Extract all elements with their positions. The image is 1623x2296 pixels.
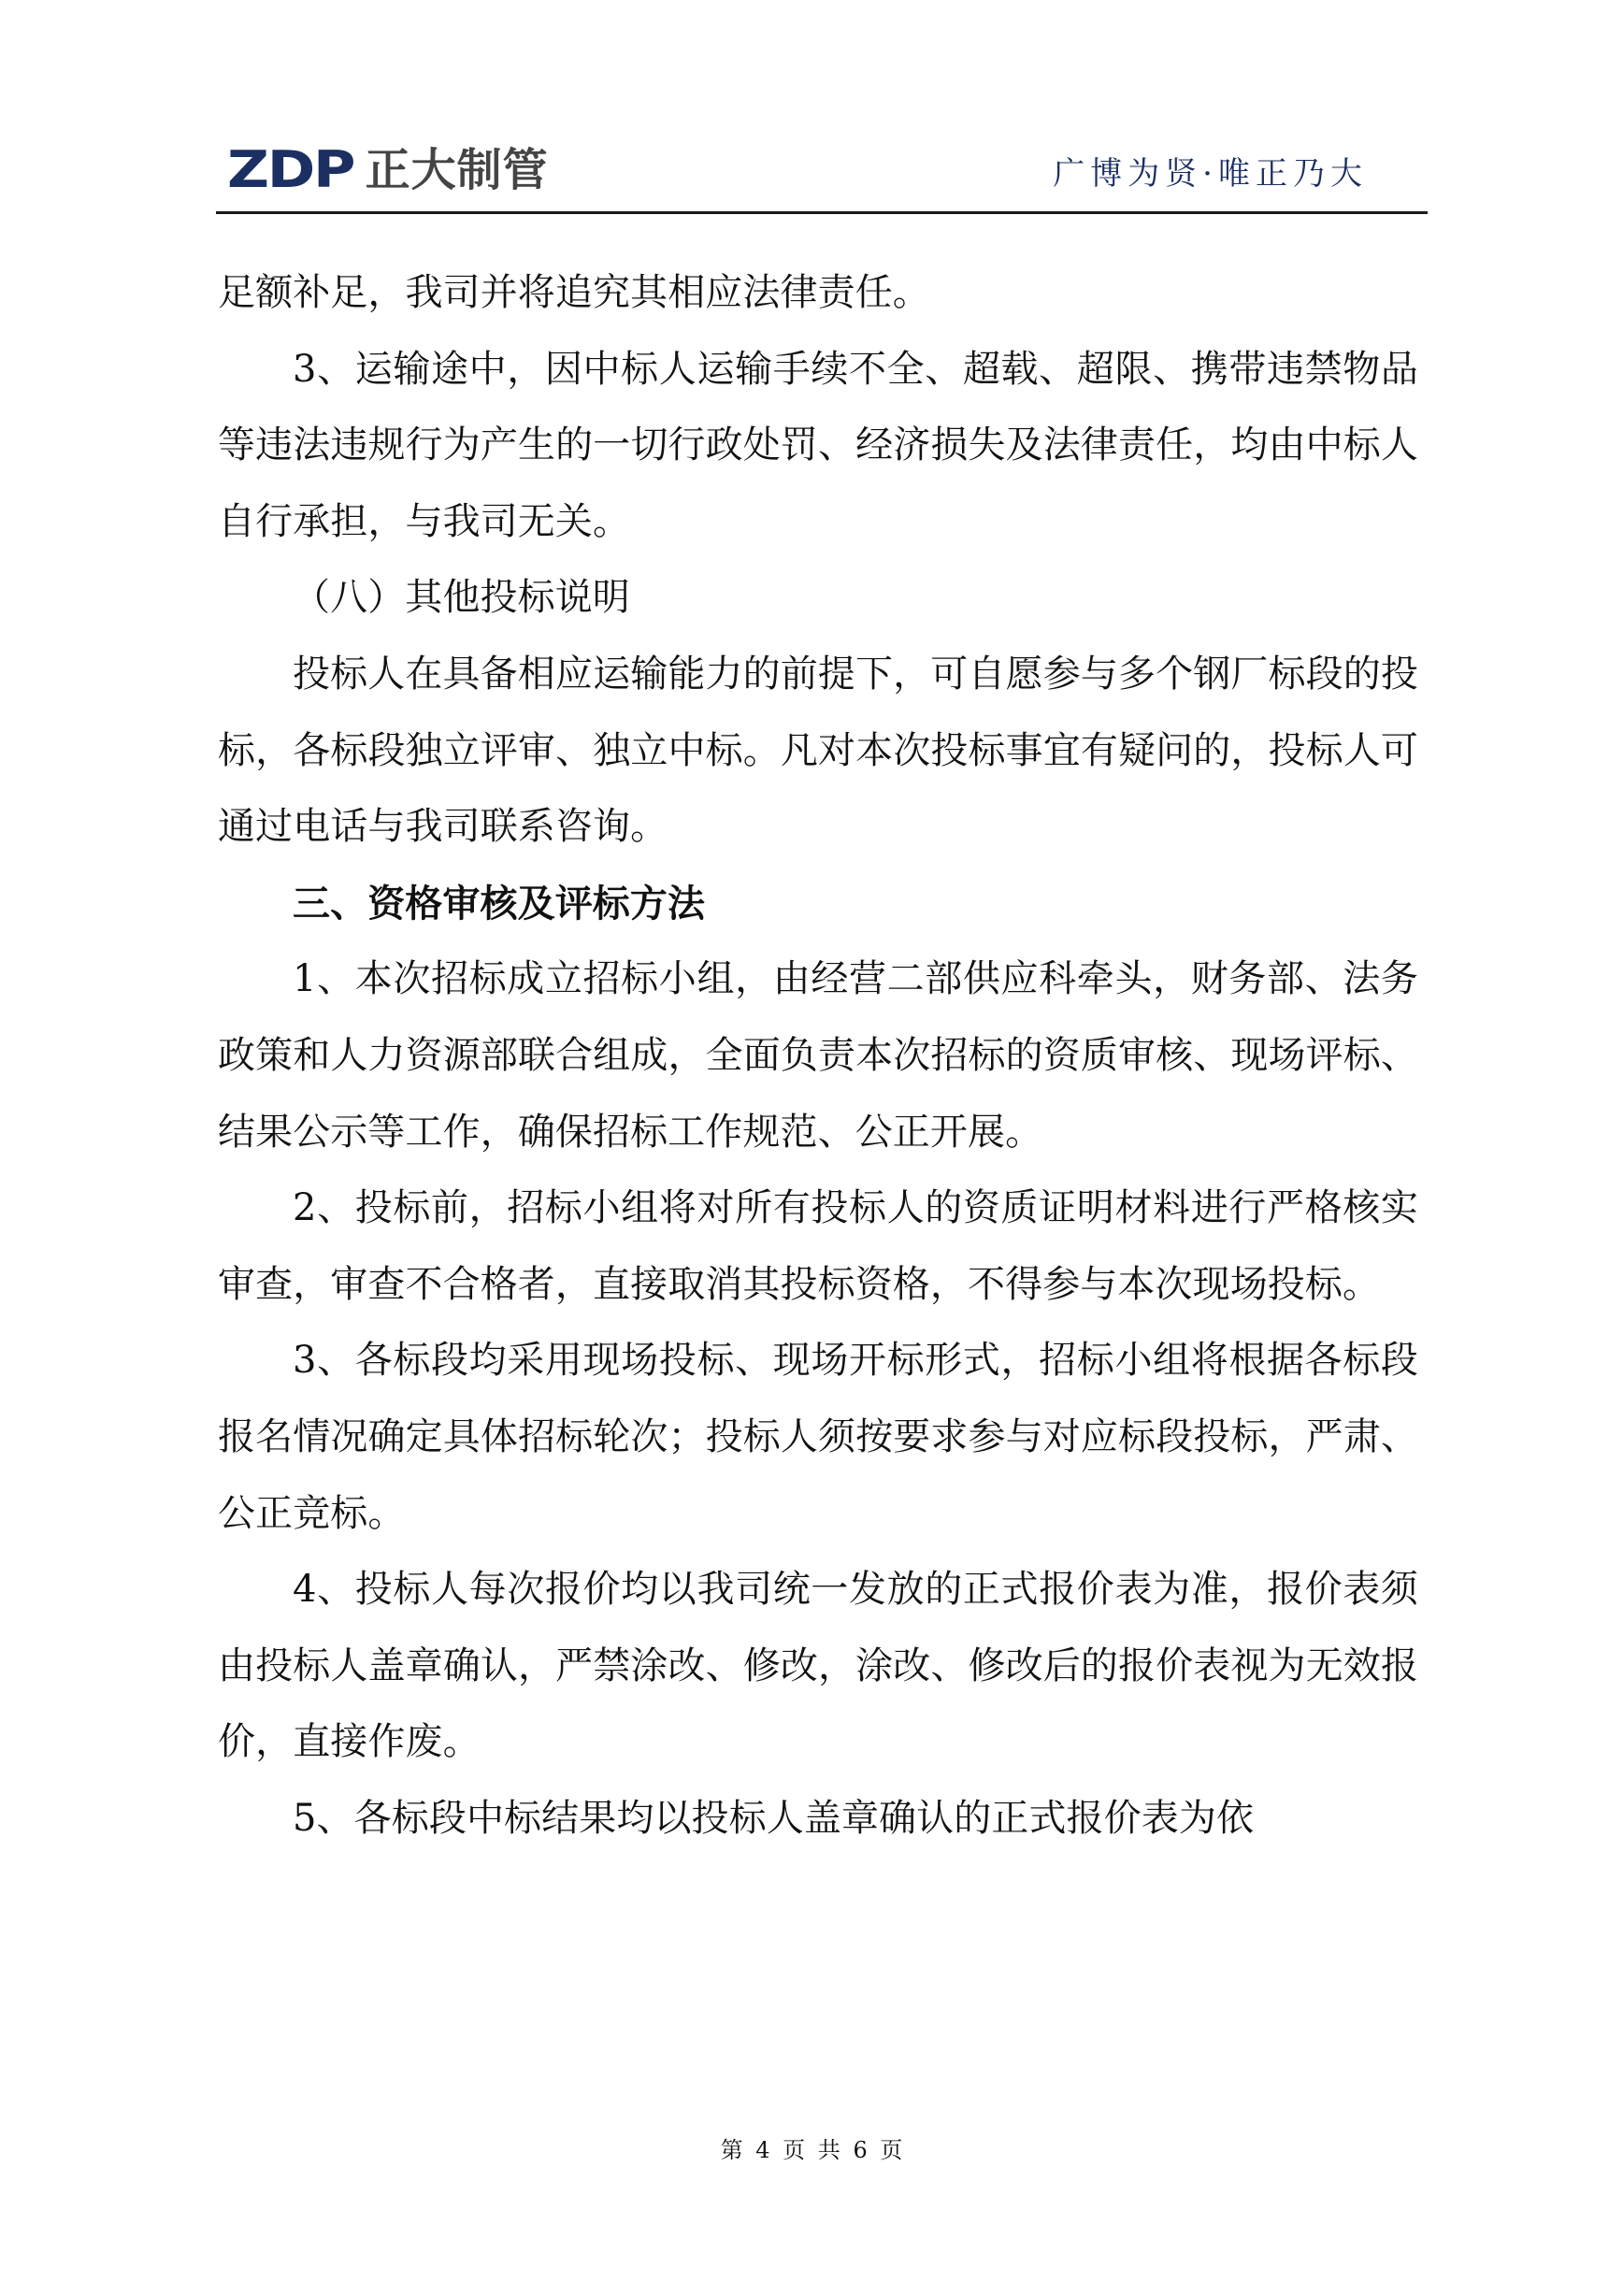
paragraph-item-3-onsite: 3、各标段均采用现场投标、现场开标形式，招标小组将根据各标段报名情况确定具体招标… [218,1323,1418,1552]
page-number-footer: 第 4 页 共 6 页 [0,2131,1623,2164]
company-name: 正大制管 [366,144,549,196]
page-header: ZDP 正大制管 广博为贤·唯正乃大 [216,138,1428,215]
company-slogan: 广博为贤·唯正乃大 [1053,155,1368,193]
paragraph-item-4-quote-form: 4、投标人每次报价均以我司统一发放的正式报价表为准，报价表须由投标人盖章确认，严… [218,1552,1418,1781]
subheading-other-bidding-notes: （八）其他投标说明 [218,560,1418,637]
paragraph-item-2-review: 2、投标前，招标小组将对所有投标人的资质证明材料进行严格核实审查，审查不合格者，… [218,1170,1418,1323]
paragraph-continuation: 足额补足，我司并将追究其相应法律责任。 [218,255,1418,332]
header-divider [216,211,1428,214]
zdp-logo-mark: ZDP [227,144,353,196]
paragraph-item-5-results: 5、各标段中标结果均以投标人盖章确认的正式报价表为依 [218,1781,1418,1858]
company-logo: ZDP 正大制管 [227,144,549,196]
paragraph-item-3-transport: 3、运输途中，因中标人运输手续不全、超载、超限、携带违禁物品等违法违规行为产生的… [218,332,1418,561]
paragraph-item-1-committee: 1、本次招标成立招标小组，由经营二部供应科牵头，财务部、法务政策和人力资源部联合… [218,941,1418,1170]
section-heading-qualification: 三、资格审核及评标方法 [218,866,1418,942]
paragraph-multiple-sections: 投标人在具备相应运输能力的前提下，可自愿参与多个钢厂标段的投标，各标段独立评审、… [218,637,1418,866]
document-body: 足额补足，我司并将追究其相应法律责任。 3、运输途中，因中标人运输手续不全、超载… [218,255,1418,1857]
